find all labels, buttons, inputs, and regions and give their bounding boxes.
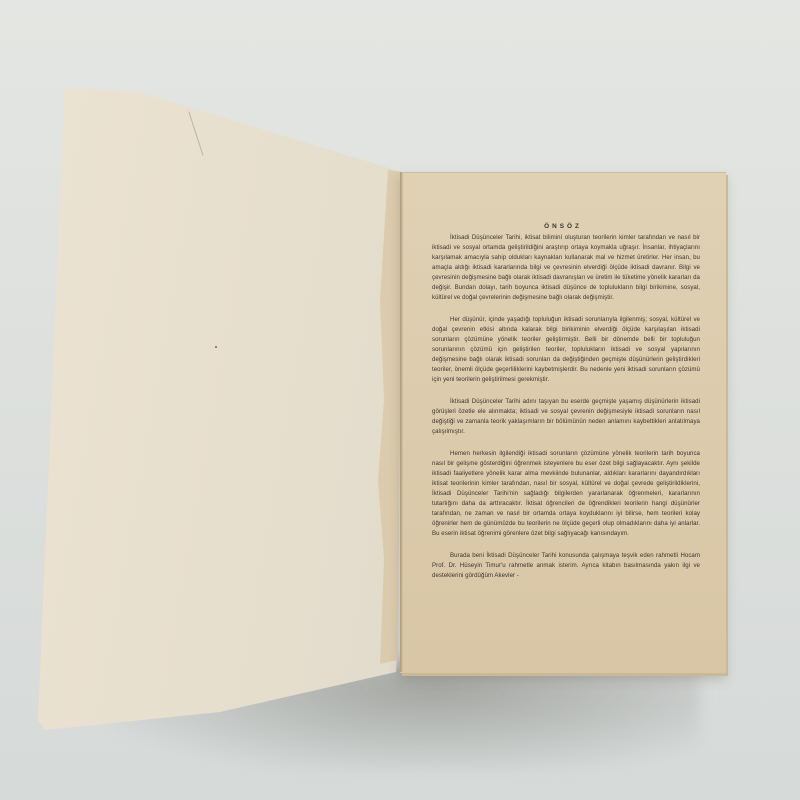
- paragraph-5: Burada beni İktisadi Düşünceler Tarihi k…: [432, 551, 700, 581]
- page-title: ÖNSÖZ: [400, 223, 726, 230]
- paper-speck: [215, 346, 217, 348]
- right-page: ÖNSÖZ İktisadi Düşünceler Tarihi, iktisa…: [400, 172, 726, 673]
- paragraph-2: Her düşünür, içinde yaşadığı topluluğun …: [432, 315, 700, 385]
- paragraph-3: İktisadi Düşünceler Tarihi adını taşıyan…: [432, 397, 700, 437]
- page-body: İktisadi Düşünceler Tarihi, iktisat bili…: [432, 233, 700, 593]
- paragraph-4: Hemen herkesin ilgilendiği iktisadi soru…: [432, 449, 700, 539]
- book-gutter: [400, 172, 403, 672]
- paragraph-1: İktisadi Düşünceler Tarihi, iktisat bili…: [432, 233, 700, 303]
